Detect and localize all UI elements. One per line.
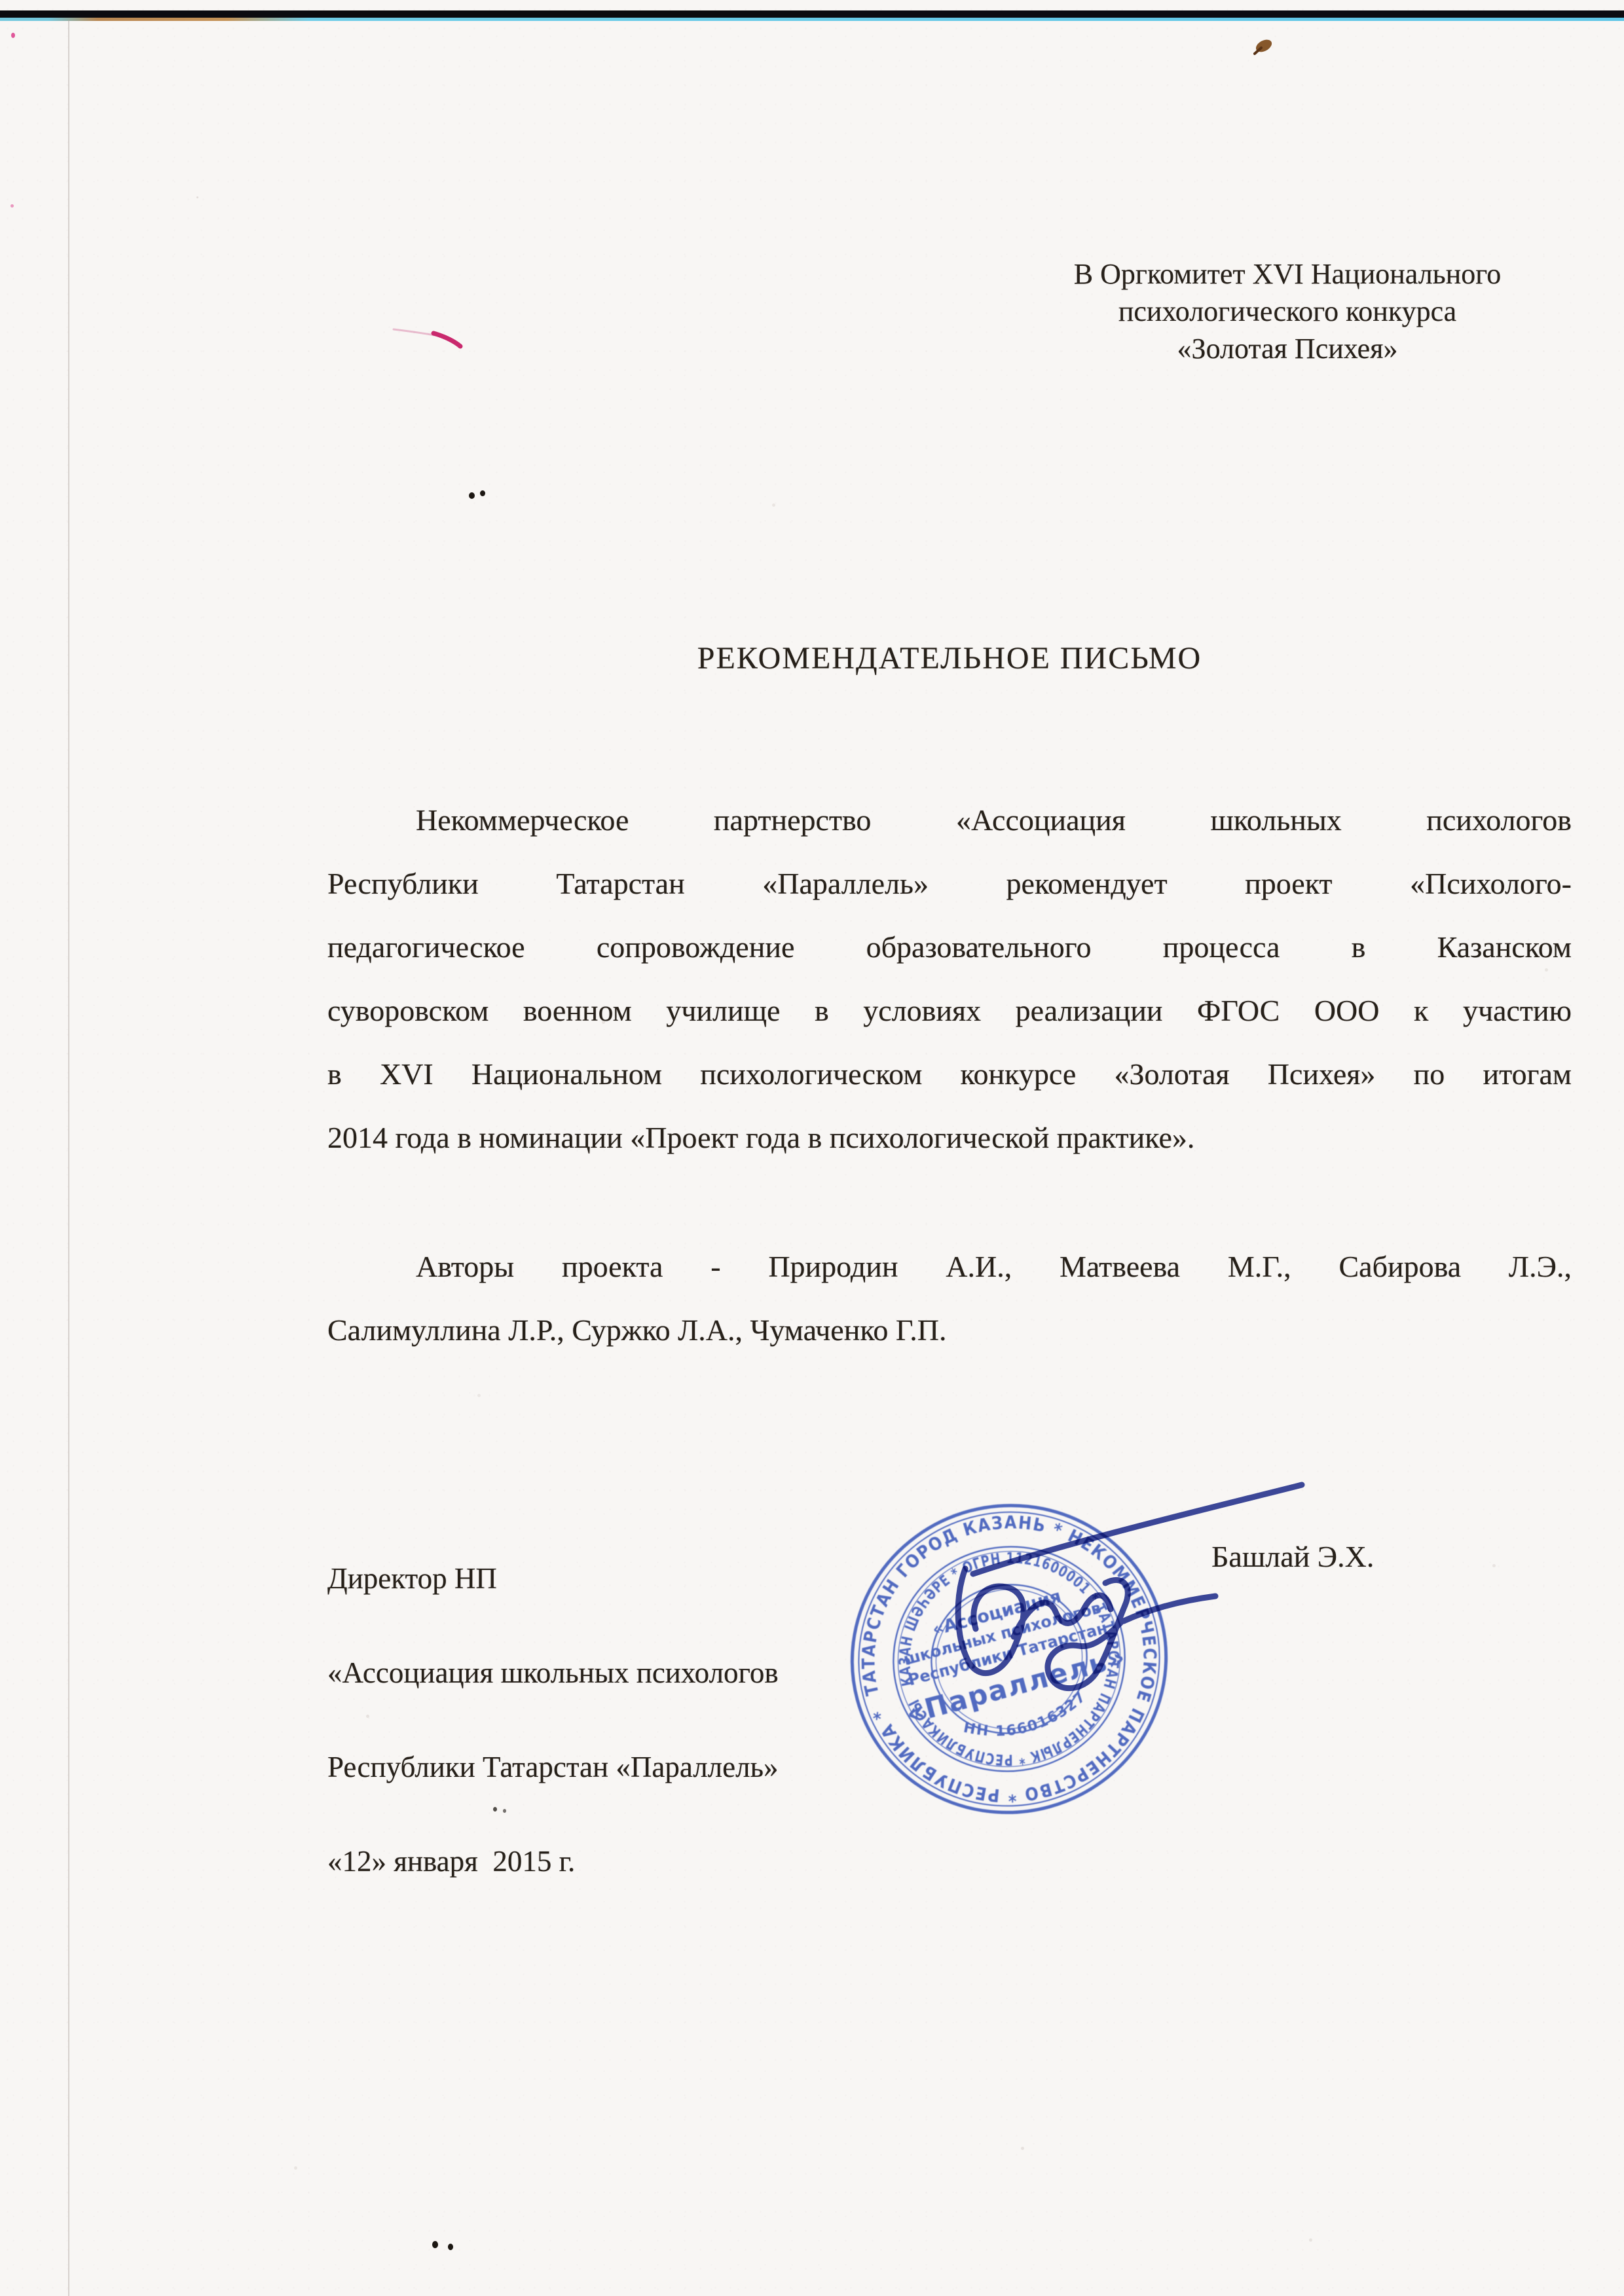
recipient-line: психологического конкурса [1022, 293, 1553, 330]
authors-line: Салимуллина Л.Р., Суржко Л.А., Чумаченко… [327, 1298, 1572, 1362]
pink-speck [10, 204, 14, 208]
ink-dot [469, 492, 475, 499]
paper-speckles [196, 196, 198, 198]
body-paragraph: Некоммерческое партнерство «Ассоциация ш… [327, 788, 1572, 1169]
signatory-name: Башлай Э.Х. [1211, 1540, 1374, 1574]
authors-paragraph: Авторы проекта - Природин А.И., Матвеева… [327, 1235, 1572, 1362]
organization-stamp: ТАТАРСТАН ГОРОД КАЗАНЬ * НЕКОММЕРЧЕСКОЕ … [848, 1498, 1170, 1820]
body-line: суворовском военном училище в условиях р… [327, 979, 1572, 1042]
scan-edge-black-bar [0, 10, 1624, 18]
ink-dot [480, 490, 485, 496]
body-line: 2014 года в номинации «Проект года в пси… [327, 1106, 1572, 1169]
body-line: в XVI Национальном психологическом конку… [327, 1042, 1572, 1106]
signoff-date-line: «12» января 2015 г. [327, 1814, 1113, 1908]
ink-dot [448, 2244, 453, 2250]
pink-speck [11, 33, 15, 38]
recipient-block: В Оргкомитет XVI Национального психологи… [1022, 255, 1553, 367]
recipient-line: В Оргкомитет XVI Национального [1022, 255, 1553, 293]
paper-fold-line [68, 20, 69, 2296]
body-line: Некоммерческое партнерство «Ассоциация ш… [327, 788, 1572, 852]
ink-dot [432, 2241, 438, 2248]
body-line: педагогическое сопровождение образовател… [327, 915, 1572, 979]
pink-pen-mark [394, 329, 460, 346]
body-line: Республики Татарстан «Параллель» рекомен… [327, 852, 1572, 915]
paper-debris-speck [1254, 37, 1274, 54]
document-title: РЕКОМЕНДАТЕЛЬНОЕ ПИСЬМО [327, 639, 1572, 678]
scanned-letter-page: В Оргкомитет XVI Национального психологи… [0, 0, 1624, 2296]
recipient-line: «Золотая Психея» [1022, 330, 1553, 367]
scan-edge-color-fringe [0, 18, 1624, 21]
authors-line: Авторы проекта - Природин А.И., Матвеева… [327, 1235, 1572, 1298]
